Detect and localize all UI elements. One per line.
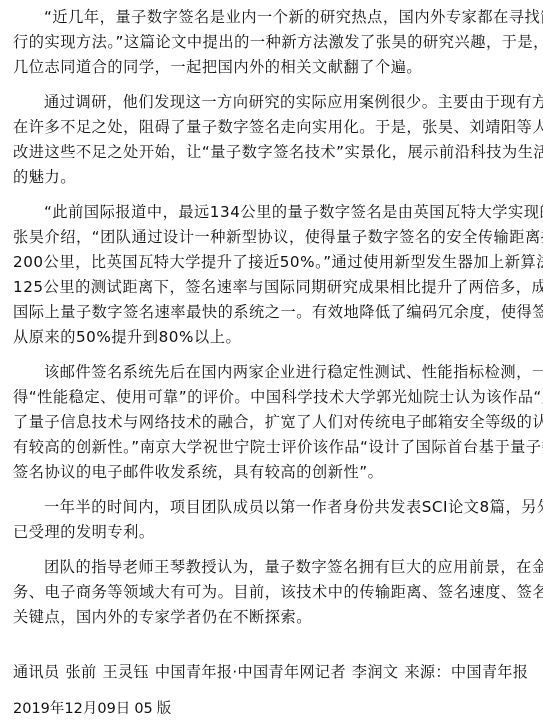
source-label: 来源： [404, 663, 450, 681]
text-line: 团队的指导老师王琴教授认为，量子数字签名拥有巨大的应用前景，在金融服 [13, 555, 538, 580]
page-suffix: 版 [157, 701, 172, 717]
publish-date: 2019年12月09日 [13, 701, 130, 717]
correspondent-name: 王灵钰 [102, 663, 148, 681]
text-line: 该邮件签名系统先后在国内两家企业进行稳定性测试、性能指标检测，一致获 [13, 360, 538, 385]
text-line: 张昊介绍，“团队通过设计一种新型协议，使得量子数字签名的安全传输距离拓展到 [13, 225, 538, 250]
text-line: 务、电子商务等领域大有可为。目前，该技术中的传输距离、签名速度、签名效率等 [13, 580, 538, 605]
text-line: 有较高的创新性。”南京大学祝世宁院士评价该作品“设计了国际首台基于量子数字 [13, 435, 538, 460]
text-line: 签名协议的电子邮件收发系统，具有较高的创新性”。 [13, 460, 538, 485]
text-line: 得“性能稳定、使用可靠”的评价。中国科学技术大学郭光灿院士认为该作品“展示 [13, 385, 538, 410]
reporter-org: 中国青年报·中国青年网记者 [155, 663, 346, 681]
page-number: 05 [134, 701, 152, 717]
text-line: 200公里，比英国瓦特大学提升了接近50%。”通过使用新型发生器加上新算法，在 [13, 250, 538, 275]
paragraph-2: 通过调研，他们发现这一方向研究的实际应用案例很少。主要由于现有方法中存 在许多不… [13, 90, 538, 190]
paragraph-4: 该邮件签名系统先后在国内两家企业进行稳定性测试、性能指标检测，一致获 得“性能稳… [13, 360, 538, 485]
text-line: “此前国际报道中，最远134公里的量子数字签名是由英国瓦特大学实现的”， [13, 200, 538, 225]
paragraph-3: “此前国际报道中，最远134公里的量子数字签名是由英国瓦特大学实现的”， 张昊介… [13, 200, 538, 350]
text-line: “近几年，量子数字签名是业内一个新的研究热点，国内外专家都在寻找简单易 [13, 5, 538, 30]
correspondent-name: 张前 [65, 663, 96, 681]
text-line: 从原来的50%提升到80%以上。 [13, 325, 538, 350]
text-line: 改进这些不足之处开始，让“量子数字签名技术”实景化，展示前沿科技为生活服务 [13, 140, 538, 165]
dateline: 2019年12月09日05版 [13, 697, 175, 722]
text-line: 已受理的发明专利。 [13, 520, 538, 545]
source-name: 中国青年报 [451, 663, 528, 681]
reporter-name: 李润文 [352, 663, 398, 681]
text-line: 的魅力。 [13, 165, 538, 190]
paragraph-6: 团队的指导老师王琴教授认为，量子数字签名拥有巨大的应用前景，在金融服 务、电子商… [13, 555, 538, 630]
text-line: 一年半的时间内，项目团队成员以第一作者身份共发表SCI论文8篇，另外有3项 [13, 495, 538, 520]
article-body: “近几年，量子数字签名是业内一个新的研究热点，国内外专家都在寻找简单易 行的实现… [13, 5, 538, 640]
paragraph-5: 一年半的时间内，项目团队成员以第一作者身份共发表SCI论文8篇，另外有3项 已受… [13, 495, 538, 545]
text-line: 几位志同道合的同学，一起把国内外的相关文献翻了个遍。 [13, 55, 538, 80]
byline: 通讯员张前王灵钰中国青年报·中国青年网记者李润文来源：中国青年报 [13, 660, 534, 685]
text-line: 125公里的测试距离下，签名速率与国际同期研究成果相比提升了两倍多，成为目前 [13, 275, 538, 300]
text-line: 国际上量子数字签名速率最快的系统之一。有效地降低了编码冗余度，使得签名效率 [13, 300, 538, 325]
paragraph-1: “近几年，量子数字签名是业内一个新的研究热点，国内外专家都在寻找简单易 行的实现… [13, 5, 538, 80]
text-line: 在许多不足之处，阻碍了量子数字签名走向实用化。于是，张昊、刘靖阳等人决定从 [13, 115, 538, 140]
text-line: 关键点，国内外的专家学者仍在不断探索。 [13, 605, 538, 630]
text-line: 行的实现方法。”这篇论文中提出的一种新方法激发了张昊的研究兴趣，于是，他与 [13, 30, 538, 55]
text-line: 通过调研，他们发现这一方向研究的实际应用案例很少。主要由于现有方法中存 [13, 90, 538, 115]
text-line: 了量子信息技术与网络技术的融合，扩宽了人们对传统电子邮箱安全等级的认知，具 [13, 410, 538, 435]
correspondent-label: 通讯员 [13, 663, 59, 681]
